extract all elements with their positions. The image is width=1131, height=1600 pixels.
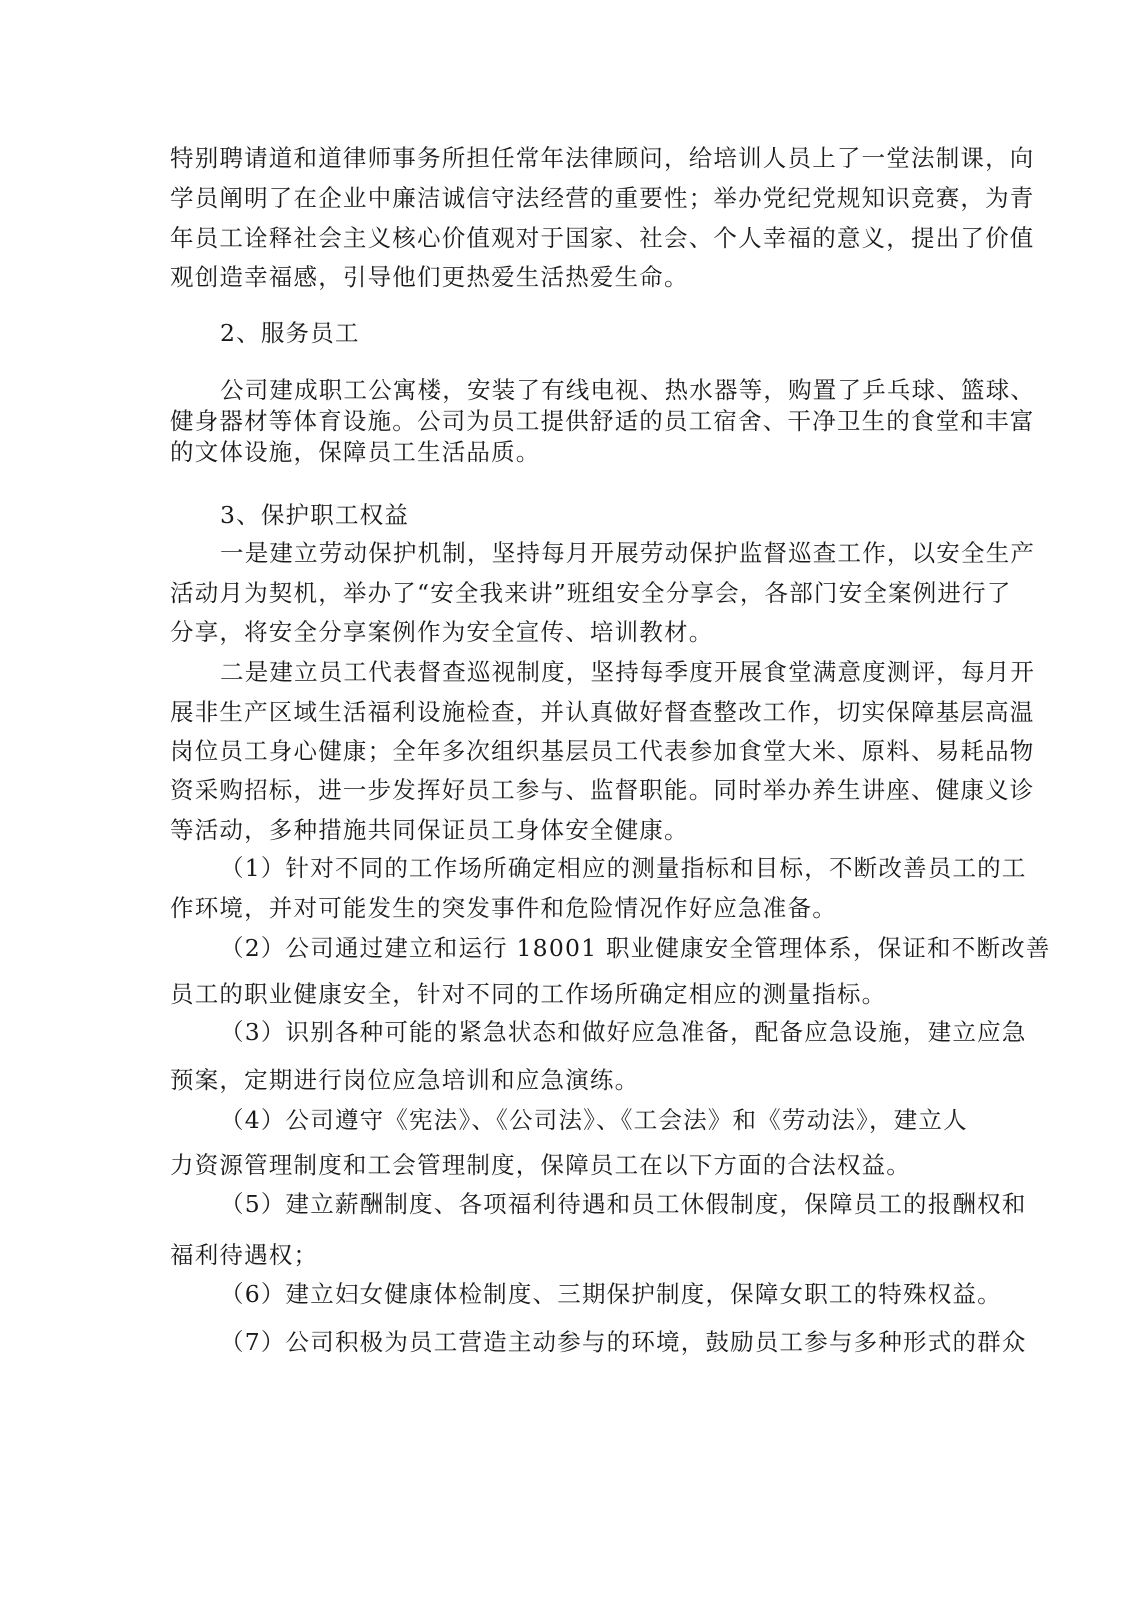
paragraph-line: 一是建立劳动保护机制，坚持每月开展劳动保护监督巡查工作，以安全生产 (220, 538, 1010, 568)
list-item-4-cont: 力资源管理制度和工会管理制度，保障员工在以下方面的合法权益。 (170, 1150, 960, 1180)
list-item-3: （3）识别各种可能的紧急状态和做好应急准备，配备应急设施，建立应急 (220, 1017, 1010, 1047)
paragraph-line: 观创造幸福感，引导他们更热爱生活热爱生命。 (170, 262, 960, 292)
list-item-4: （4）公司遵守《宪法》、《公司法》、《工会法》和《劳动法》，建立人 (220, 1105, 1010, 1135)
paragraph-line: 学员阐明了在企业中廉洁诚信守法经营的重要性；举办党纪党规知识竞赛，为青 (170, 183, 960, 213)
document-page: 特别聘请道和道律师事务所担任常年法律顾问，给培训人员上了一堂法制课，向 学员阐明… (0, 0, 1131, 1600)
paragraph-line: 二是建立员工代表督查巡视制度，坚持每季度开展食堂满意度测评，每月开 (220, 657, 1010, 687)
paragraph-line: 展非生产区域生活福利设施检查，并认真做好督查整改工作，切实保障基层高温 (170, 697, 960, 727)
paragraph-line: 资采购招标，进一步发挥好员工参与、监督职能。同时举办养生讲座、健康义诊 (170, 775, 960, 805)
section-heading-rights: 3、保护职工权益 (220, 500, 1010, 530)
paragraph-line: 年员工诠释社会主义核心价值观对于国家、社会、个人幸福的意义，提出了价值 (170, 223, 960, 253)
list-item-2: （2）公司通过建立和运行 18001 职业健康安全管理体系，保证和不断改善 (220, 933, 1010, 963)
list-item-3-cont: 预案，定期进行岗位应急培训和应急演练。 (170, 1065, 960, 1095)
list-item-6: （6）建立妇女健康体检制度、三期保护制度，保障女职工的特殊权益。 (220, 1279, 1010, 1309)
list-item-5: （5）建立薪酬制度、各项福利待遇和员工休假制度，保障员工的报酬权和 (220, 1189, 1010, 1219)
list-item-1-cont: 作环境，并对可能发生的突发事件和危险情况作好应急准备。 (170, 893, 960, 923)
list-item-7: （7）公司积极为员工营造主动参与的环境，鼓励员工参与多种形式的群众 (220, 1327, 1010, 1357)
paragraph-line: 的文体设施，保障员工生活品质。 (170, 437, 960, 467)
paragraph-line: 分享，将安全分享案例作为安全宣传、培训教材。 (170, 617, 960, 647)
paragraph-line: 特别聘请道和道律师事务所担任常年法律顾问，给培训人员上了一堂法制课，向 (170, 143, 960, 173)
paragraph-line: 公司建成职工公寓楼，安装了有线电视、热水器等，购置了乒乓球、篮球、 (220, 375, 1010, 405)
section-heading-service: 2、服务员工 (220, 318, 1010, 348)
list-item-2-cont: 员工的职业健康安全，针对不同的工作场所确定相应的测量指标。 (170, 979, 960, 1009)
paragraph-line: 等活动，多种措施共同保证员工身体安全健康。 (170, 815, 960, 845)
list-item-5-cont: 福利待遇权； (170, 1240, 960, 1270)
paragraph-line: 岗位员工身心健康；全年多次组织基层员工代表参加食堂大米、原料、易耗品物 (170, 736, 960, 766)
list-item-1: （1）针对不同的工作场所确定相应的测量指标和目标，不断改善员工的工 (220, 853, 1010, 883)
paragraph-line: 健身器材等体育设施。公司为员工提供舒适的员工宿舍、干净卫生的食堂和丰富 (170, 406, 960, 436)
paragraph-line: 活动月为契机，举办了“安全我来讲”班组安全分享会，各部门安全案例进行了 (170, 578, 960, 608)
